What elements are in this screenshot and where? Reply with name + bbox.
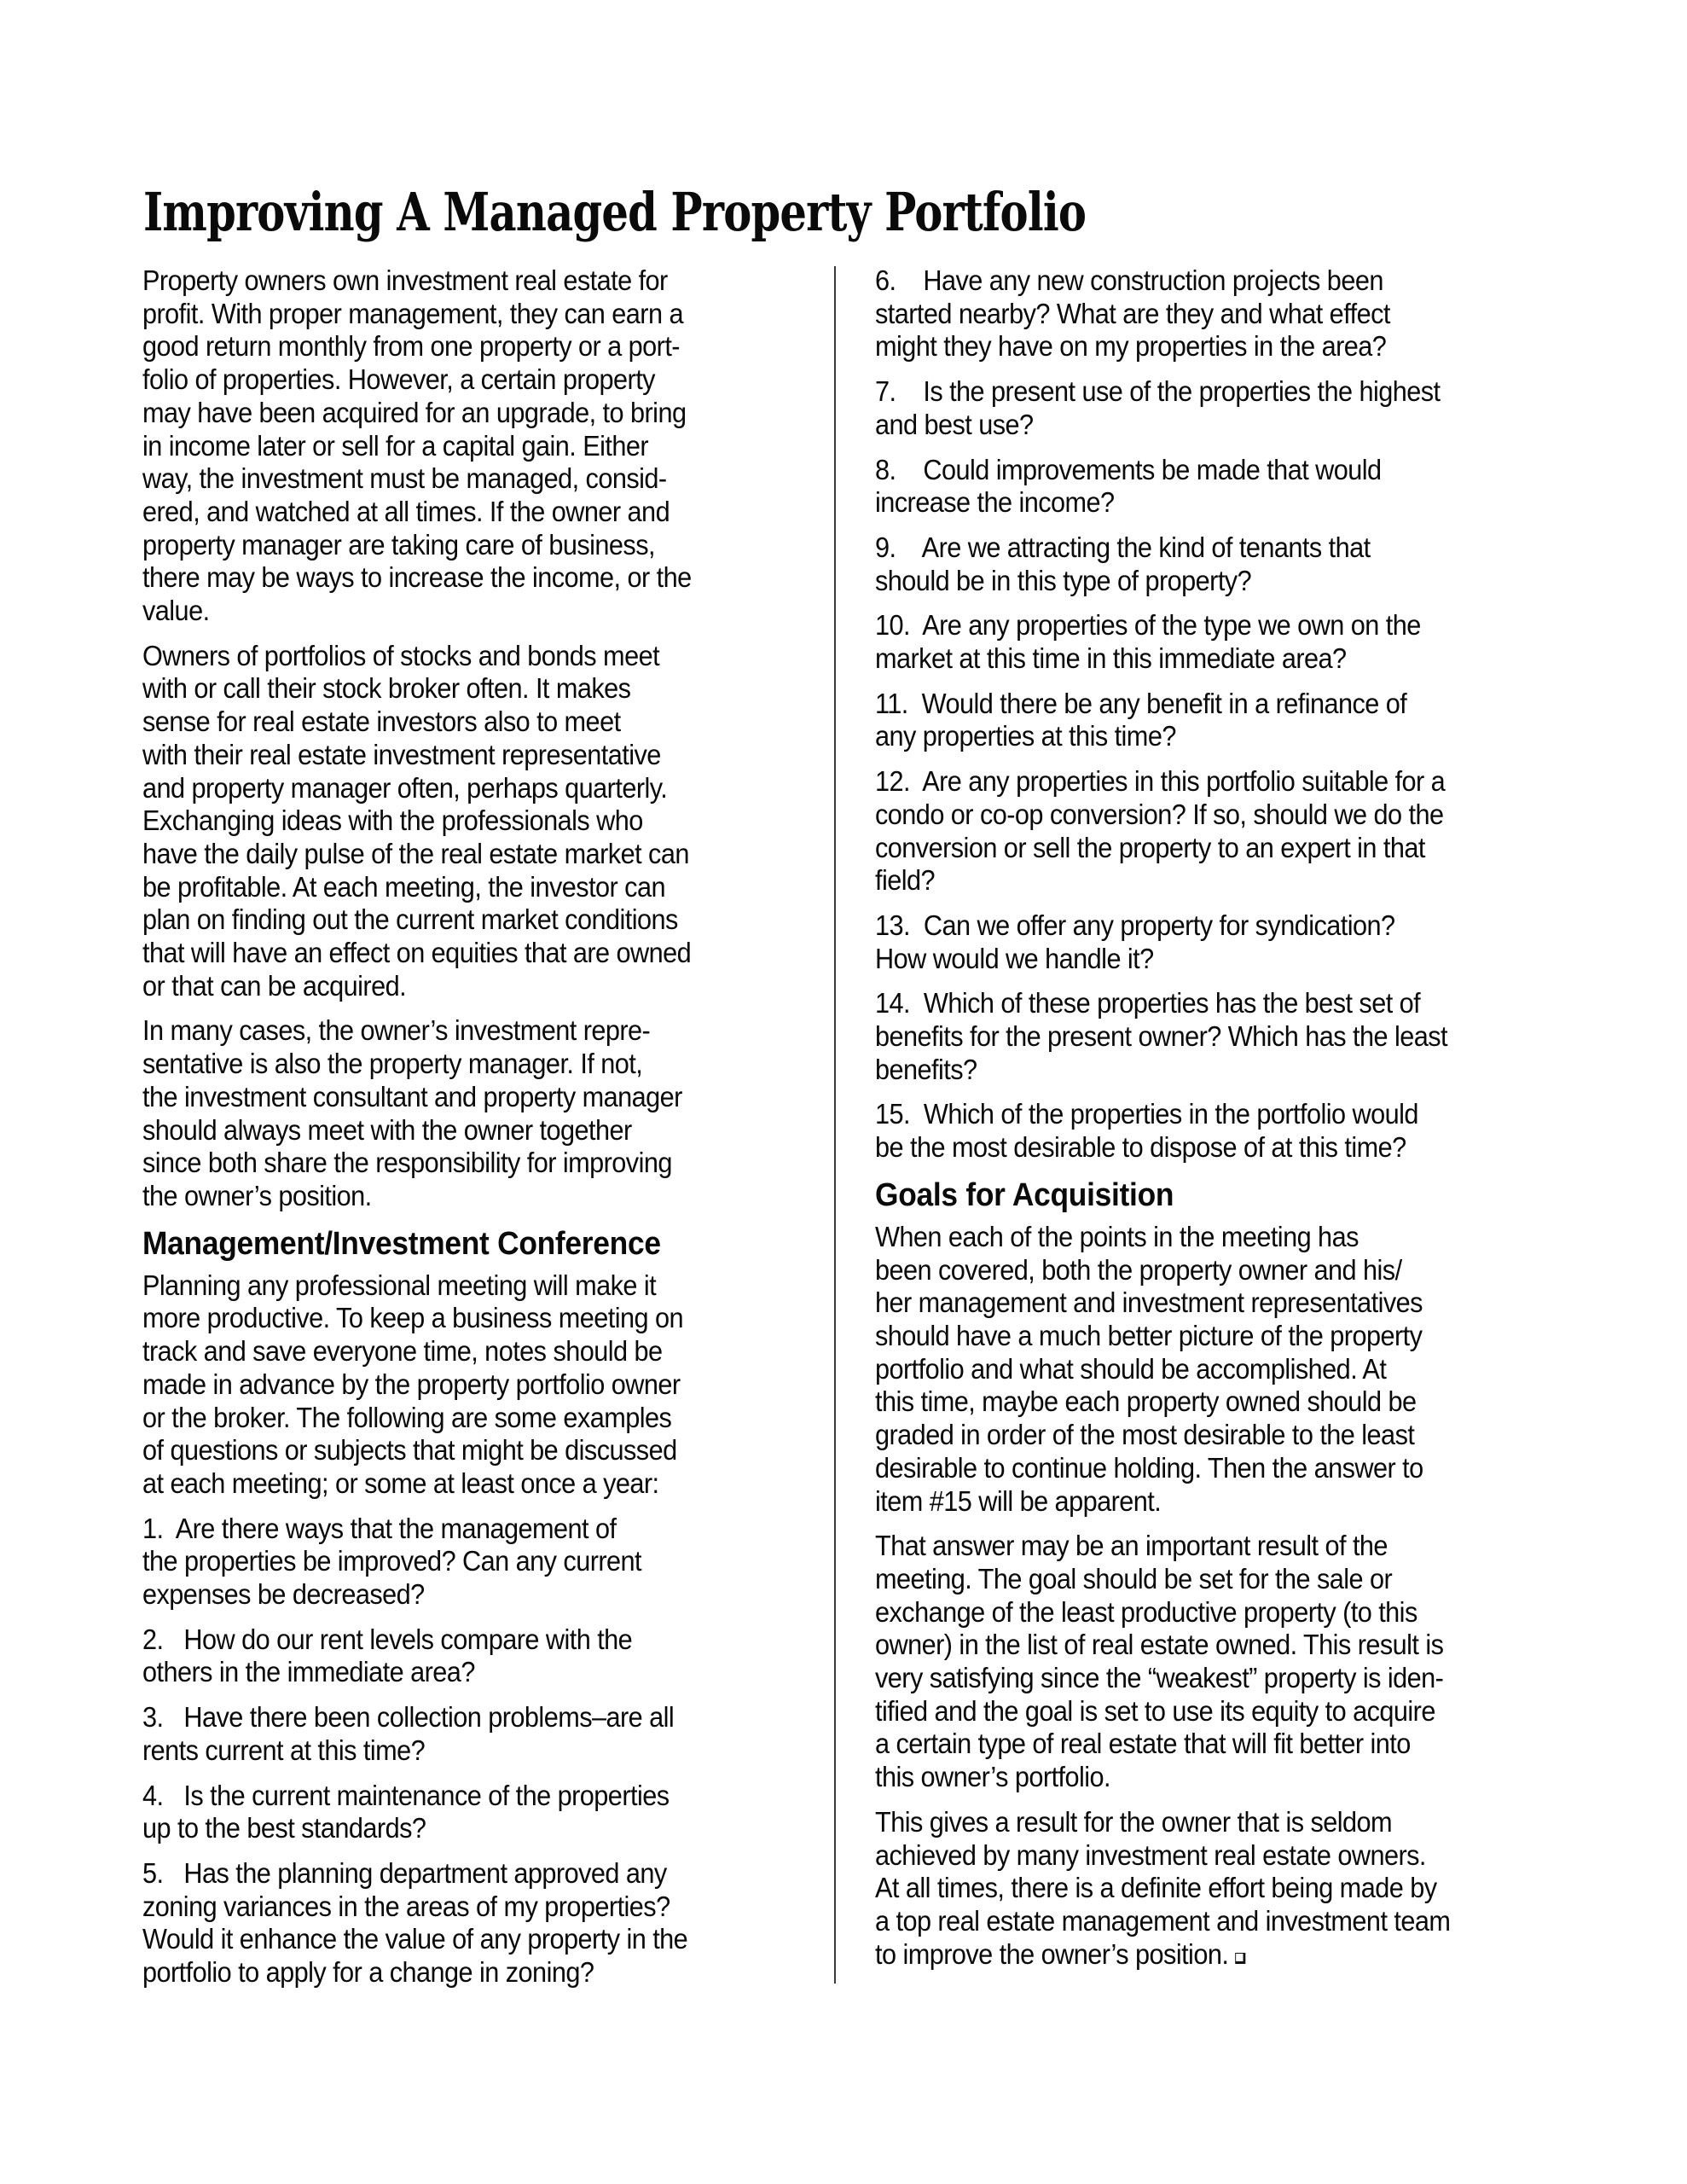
text-line: Would it enhance the value of any proper… xyxy=(142,1923,777,1956)
text-line: sentative is also the property manager. … xyxy=(142,1048,777,1081)
text-line: benefits? xyxy=(875,1054,1526,1087)
text-line: others in the immediate area? xyxy=(142,1656,777,1689)
text-line: or that can be acquired. xyxy=(142,970,777,1003)
text-line: or the broker. The following are some ex… xyxy=(142,1402,777,1435)
text-line: be the most desirable to dispose of at t… xyxy=(875,1131,1526,1165)
text-line: and property manager often, perhaps quar… xyxy=(142,772,777,805)
text-line: track and save everyone time, notes shou… xyxy=(142,1335,777,1368)
text-line: with or call their stock broker often. I… xyxy=(142,672,777,706)
text-line: item #15 will be apparent. xyxy=(875,1485,1526,1519)
text-line: condo or co-op conversion? If so, should… xyxy=(875,799,1526,832)
text-line: might they have on my properties in the … xyxy=(875,330,1526,363)
text-line: How would we handle it? xyxy=(875,943,1526,976)
question-item-8: 8. Could improvements be made that would… xyxy=(875,454,1574,520)
text-line: 5. Has the planning department approved … xyxy=(142,1857,777,1891)
text-line: 13. Can we offer any property for syndic… xyxy=(875,909,1526,943)
question-item-9: 9. Are we attracting the kind of tenants… xyxy=(875,531,1574,597)
text-line: 9. Are we attracting the kind of tenants… xyxy=(875,531,1526,565)
text-line: that will have an effect on equities tha… xyxy=(142,937,777,970)
text-line: should be in this type of property? xyxy=(875,565,1526,598)
text-line: portfolio and what should be accomplishe… xyxy=(875,1353,1526,1386)
text-line: this owner’s portfolio. xyxy=(875,1761,1526,1794)
question-item-2: 2. How do our rent levels compare with t… xyxy=(142,1623,825,1689)
question-item-14: 14. Which of these properties has the be… xyxy=(875,987,1574,1086)
text-line: 15. Which of the properties in the portf… xyxy=(875,1098,1526,1131)
text-line: That answer may be an important result o… xyxy=(875,1530,1526,1563)
section-heading-goals-for-acquisition: Goals for Acquisition xyxy=(875,1176,1526,1214)
text-line: made in advance by the property portfoli… xyxy=(142,1368,777,1402)
text-line: have the daily pulse of the real estate … xyxy=(142,838,777,871)
text-line: When each of the points in the meeting h… xyxy=(875,1221,1526,1254)
text-line: Planning any professional meeting will m… xyxy=(142,1269,777,1303)
left-column: Property owners own investment real esta… xyxy=(142,264,825,2001)
text-line: more productive. To keep a business meet… xyxy=(142,1302,777,1335)
text-line: 11. Would there be any benefit in a refi… xyxy=(875,688,1526,721)
text-line: to improve the owner’s position. xyxy=(875,1938,1526,1972)
text-line: tified and the goal is set to use its eq… xyxy=(875,1695,1526,1728)
question-item-6: 6. Have any new construction projects be… xyxy=(875,264,1574,363)
text-line: Property owners own investment real esta… xyxy=(142,264,777,298)
text-line: owner) in the list of real estate owned.… xyxy=(875,1629,1526,1662)
text-line: in income later or sell for a capital ga… xyxy=(142,430,777,463)
text-line: field? xyxy=(875,864,1526,897)
text-line: meeting. The goal should be set for the … xyxy=(875,1563,1526,1596)
text-line: been covered, both the property owner an… xyxy=(875,1254,1526,1287)
text-line: increase the income? xyxy=(875,486,1526,520)
text-line: 7. Is the present use of the properties … xyxy=(875,375,1526,409)
goals-paragraph-1: When each of the points in the meeting h… xyxy=(875,1221,1574,1518)
text-line: profit. With proper management, they can… xyxy=(142,298,777,331)
text-line: folio of properties. However, a certain … xyxy=(142,363,777,397)
text-line: this time, maybe each property owned sho… xyxy=(875,1385,1526,1419)
text-line: there may be ways to increase the income… xyxy=(142,561,777,595)
text-line: rents current at this time? xyxy=(142,1734,777,1768)
text-line: since both share the responsibility for … xyxy=(142,1147,777,1180)
text-line: plan on finding out the current market c… xyxy=(142,903,777,937)
text-line: sense for real estate investors also to … xyxy=(142,706,777,739)
text-line: a certain type of real estate that will … xyxy=(875,1728,1526,1761)
text-line: any properties at this time? xyxy=(875,720,1526,753)
text-line: conversion or sell the property to an ex… xyxy=(875,832,1526,865)
text-line: exchange of the least productive propert… xyxy=(875,1596,1526,1629)
question-item-7: 7. Is the present use of the properties … xyxy=(875,375,1574,441)
text-line: In many cases, the owner’s investment re… xyxy=(142,1014,777,1048)
text-line: value. xyxy=(142,595,777,628)
text-line: expenses be decreased? xyxy=(142,1578,777,1612)
conference-paragraph: Planning any professional meeting will m… xyxy=(142,1269,825,1501)
question-item-1: 1. Are there ways that the management of… xyxy=(142,1513,825,1612)
right-column: 6. Have any new construction projects be… xyxy=(875,264,1574,1983)
text-line: her management and investment representa… xyxy=(875,1287,1526,1320)
text-line: graded in order of the most desirable to… xyxy=(875,1419,1526,1452)
end-of-article-box-icon xyxy=(1235,1953,1245,1964)
text-line: 14. Which of these properties has the be… xyxy=(875,987,1526,1020)
text-line: started nearby? What are they and what e… xyxy=(875,298,1526,331)
question-item-12: 12. Are any properties in this portfolio… xyxy=(875,765,1574,897)
text-line: portfolio to apply for a change in zonin… xyxy=(142,1956,777,1989)
text-line: may have been acquired for an upgrade, t… xyxy=(142,397,777,430)
text-line: property manager are taking care of busi… xyxy=(142,529,777,562)
text-line: way, the investment must be managed, con… xyxy=(142,462,777,496)
text-line: 4. Is the current maintenance of the pro… xyxy=(142,1780,777,1813)
text-line: the investment consultant and property m… xyxy=(142,1081,777,1114)
text-line: benefits for the present owner? Which ha… xyxy=(875,1020,1526,1054)
intro-paragraph-3: In many cases, the owner’s investment re… xyxy=(142,1014,825,1212)
text-line: 12. Are any properties in this portfolio… xyxy=(875,765,1526,799)
text-line: ered, and watched at all times. If the o… xyxy=(142,496,777,529)
text-line: Owners of portfolios of stocks and bonds… xyxy=(142,640,777,673)
text-line: at each meeting; or some at least once a… xyxy=(142,1467,777,1501)
text-line: 3. Have there been collection problems–a… xyxy=(142,1701,777,1734)
question-item-10: 10. Are any properties of the type we ow… xyxy=(875,609,1574,675)
text-line: market at this time in this immediate ar… xyxy=(875,642,1526,676)
text-line: At all times, there is a definite effort… xyxy=(875,1872,1526,1905)
text-line: 10. Are any properties of the type we ow… xyxy=(875,609,1526,642)
question-item-15: 15. Which of the properties in the portf… xyxy=(875,1098,1574,1164)
text-line: 6. Have any new construction projects be… xyxy=(875,264,1526,298)
text-line: 8. Could improvements be made that would xyxy=(875,454,1526,487)
text-line: 1. Are there ways that the management of xyxy=(142,1513,777,1546)
text-line: and best use? xyxy=(875,409,1526,442)
question-item-5: 5. Has the planning department approved … xyxy=(142,1857,825,1989)
article-title: Improving A Managed Property Portfolio xyxy=(143,183,1086,242)
text-line: up to the best standards? xyxy=(142,1812,777,1845)
text-line: achieved by many investment real estate … xyxy=(875,1839,1526,1873)
text-line: of questions or subjects that might be d… xyxy=(142,1434,777,1467)
text-line: a top real estate management and investm… xyxy=(875,1905,1526,1938)
text-line: very satisfying since the “weakest” prop… xyxy=(875,1662,1526,1695)
text-line: good return monthly from one property or… xyxy=(142,330,777,363)
text-line: the properties be improved? Can any curr… xyxy=(142,1545,777,1578)
text-line: desirable to continue holding. Then the … xyxy=(875,1452,1526,1485)
text-line: Exchanging ideas with the professionals … xyxy=(142,804,777,838)
text-line: should have a much better picture of the… xyxy=(875,1320,1526,1353)
goals-paragraph-3: This gives a result for the owner that i… xyxy=(875,1806,1574,1972)
goals-paragraph-2: That answer may be an important result o… xyxy=(875,1530,1574,1794)
intro-paragraph-2: Owners of portfolios of stocks and bonds… xyxy=(142,640,825,1003)
question-item-11: 11. Would there be any benefit in a refi… xyxy=(875,688,1574,753)
text-line: zoning variances in the areas of my prop… xyxy=(142,1891,777,1924)
text-line: be profitable. At each meeting, the inve… xyxy=(142,871,777,904)
text-line: This gives a result for the owner that i… xyxy=(875,1806,1526,1839)
text-line: should always meet with the owner togeth… xyxy=(142,1114,777,1147)
question-item-13: 13. Can we offer any property for syndic… xyxy=(875,909,1574,975)
question-item-4: 4. Is the current maintenance of the pro… xyxy=(142,1780,825,1845)
section-heading-management-conference: Management/Investment Conference xyxy=(142,1225,777,1263)
text-line: 2. How do our rent levels compare with t… xyxy=(142,1623,777,1657)
column-divider xyxy=(834,266,836,1984)
intro-paragraph-1: Property owners own investment real esta… xyxy=(142,264,825,628)
text-line: with their real estate investment repres… xyxy=(142,739,777,772)
text-line: the owner’s position. xyxy=(142,1180,777,1213)
question-item-3: 3. Have there been collection problems–a… xyxy=(142,1701,825,1767)
